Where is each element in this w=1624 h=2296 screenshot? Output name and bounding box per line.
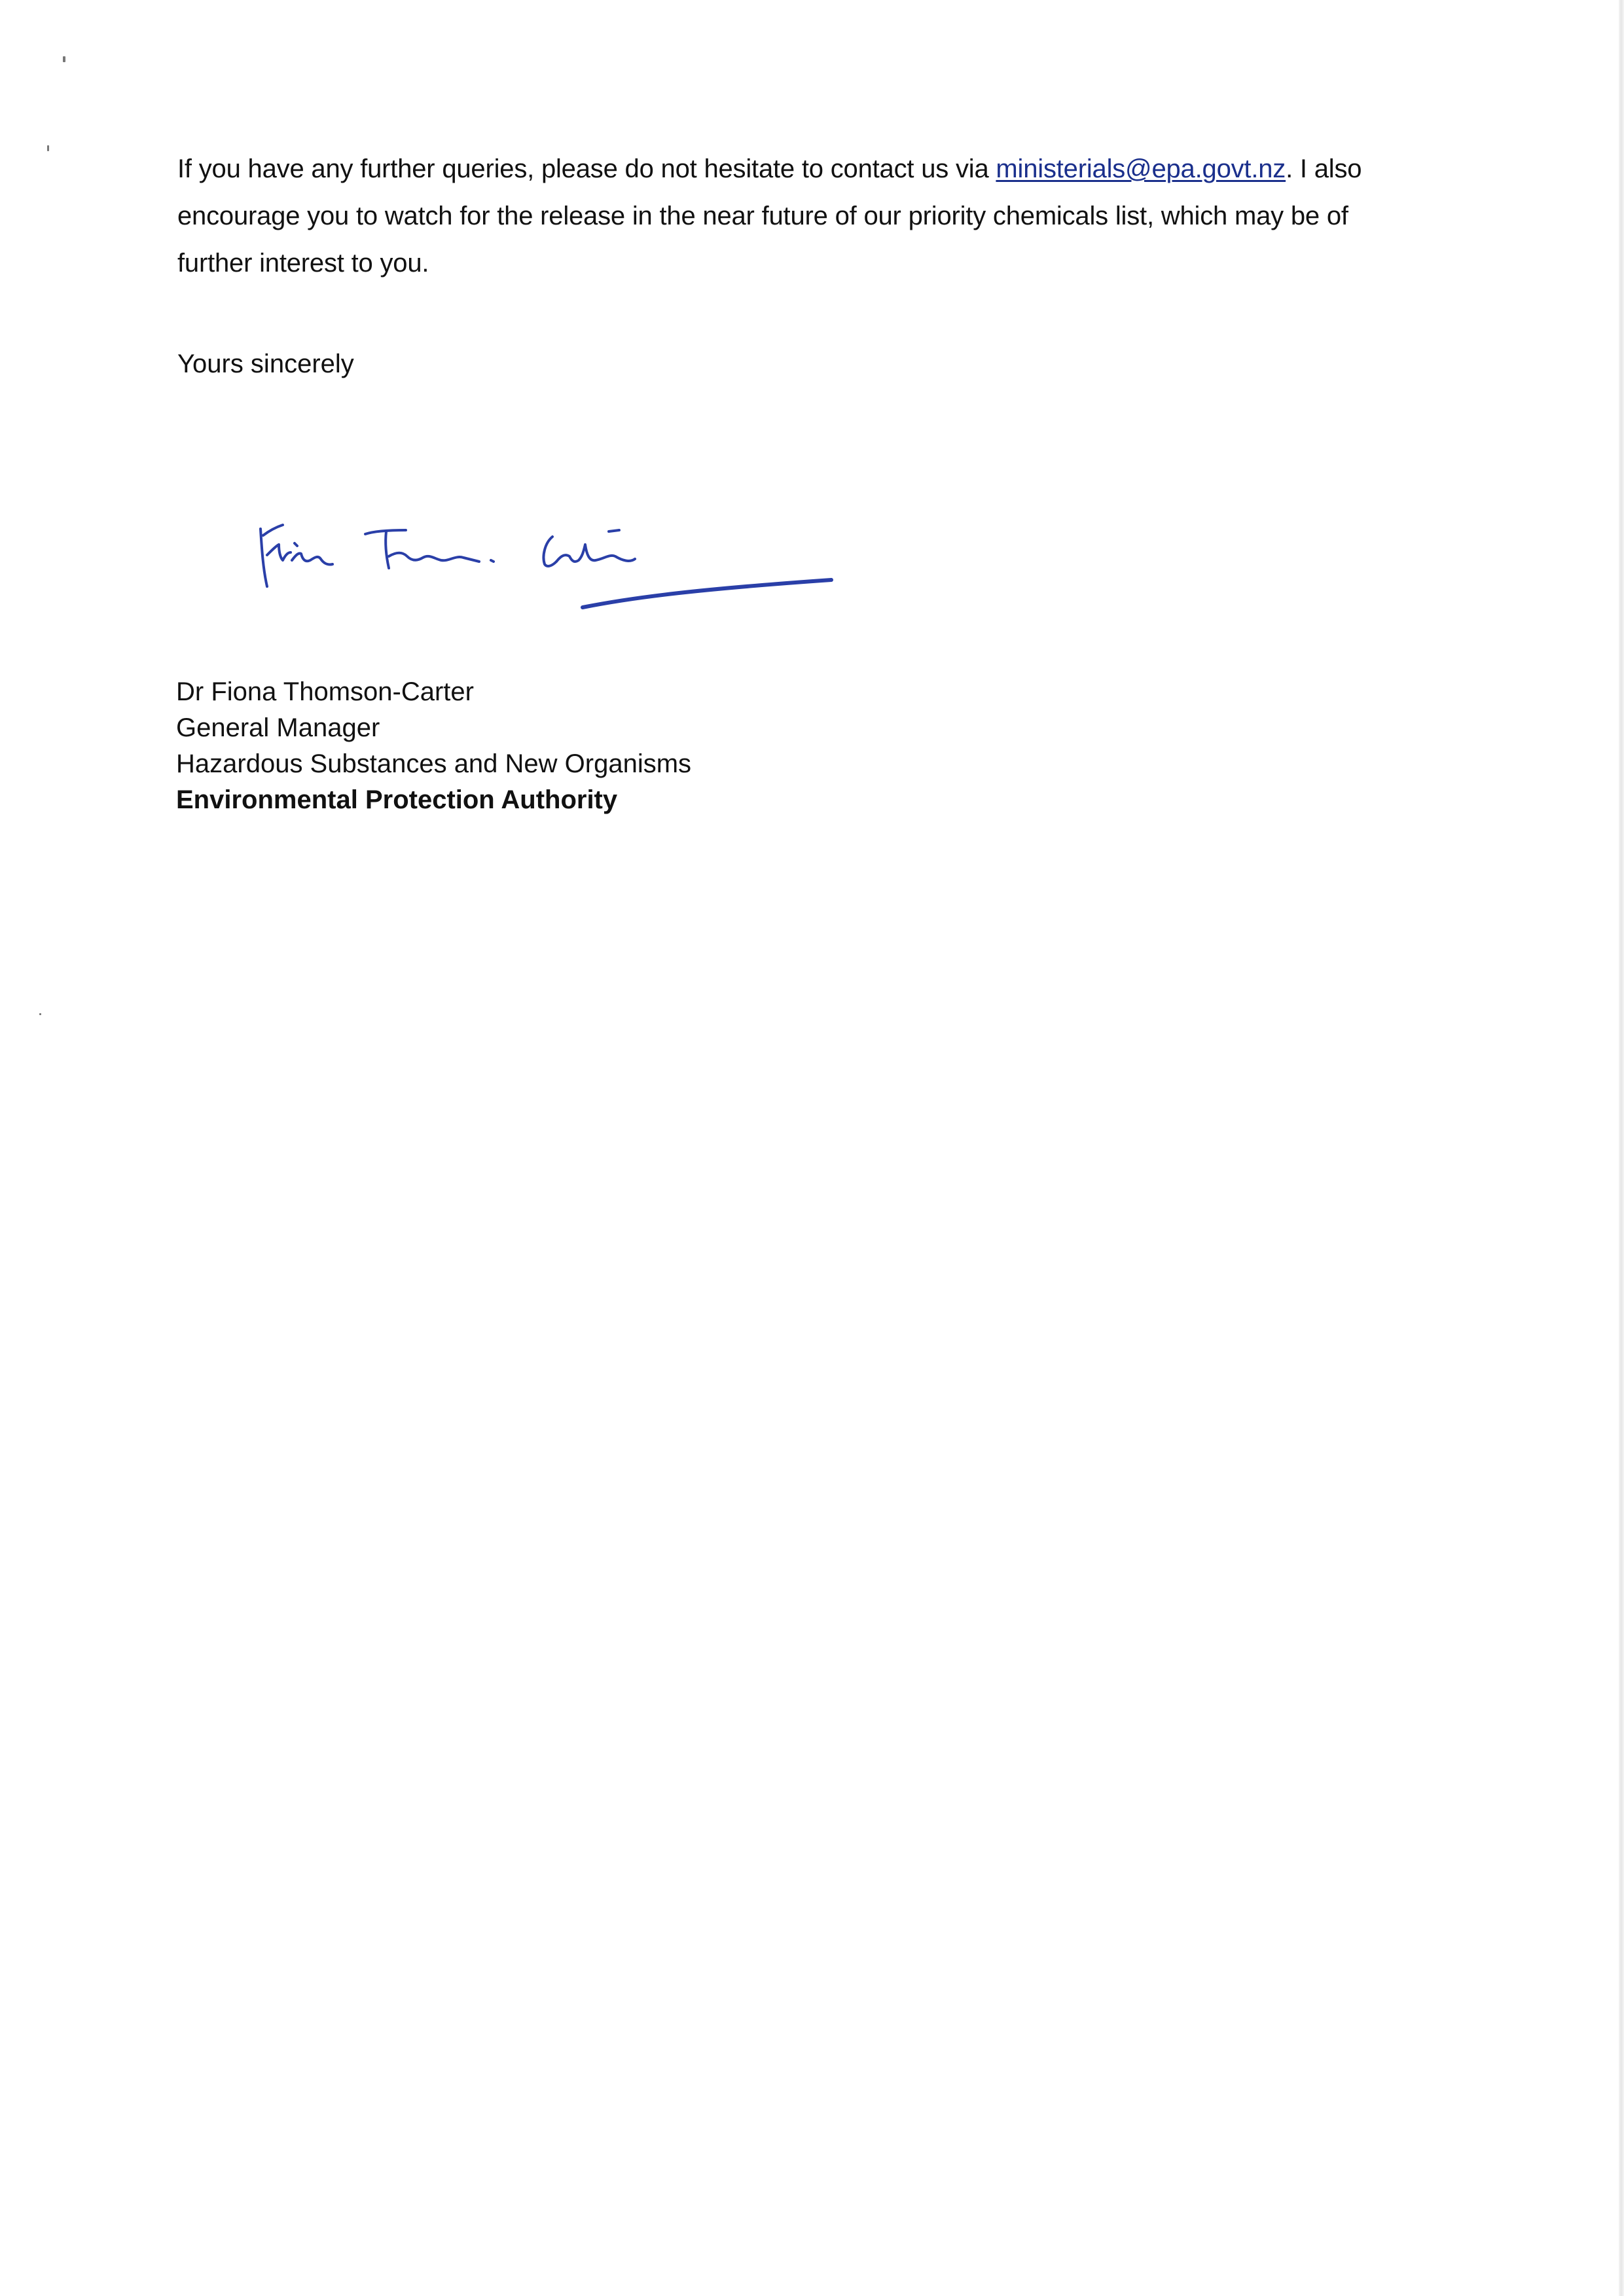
signatory-division: Hazardous Substances and New Organisms: [176, 746, 691, 782]
scan-edge: [1619, 0, 1624, 2296]
scan-speck: [39, 1013, 41, 1015]
email-link[interactable]: ministerials@epa.govt.nz: [996, 154, 1286, 183]
paragraph-text-start: If you have any further queries, please …: [177, 154, 996, 183]
signatory-name: Dr Fiona Thomson-Carter: [176, 674, 691, 710]
signature-icon: [242, 497, 851, 615]
signatory-title: General Manager: [176, 710, 691, 746]
scan-speck: [63, 56, 65, 62]
scan-speck: [47, 145, 49, 151]
signature-block: Dr Fiona Thomson-Carter General Manager …: [176, 674, 691, 818]
closing-salutation: Yours sincerely: [177, 347, 354, 381]
body-paragraph: If you have any further queries, please …: [177, 145, 1408, 287]
signatory-organisation: Environmental Protection Authority: [176, 782, 691, 818]
